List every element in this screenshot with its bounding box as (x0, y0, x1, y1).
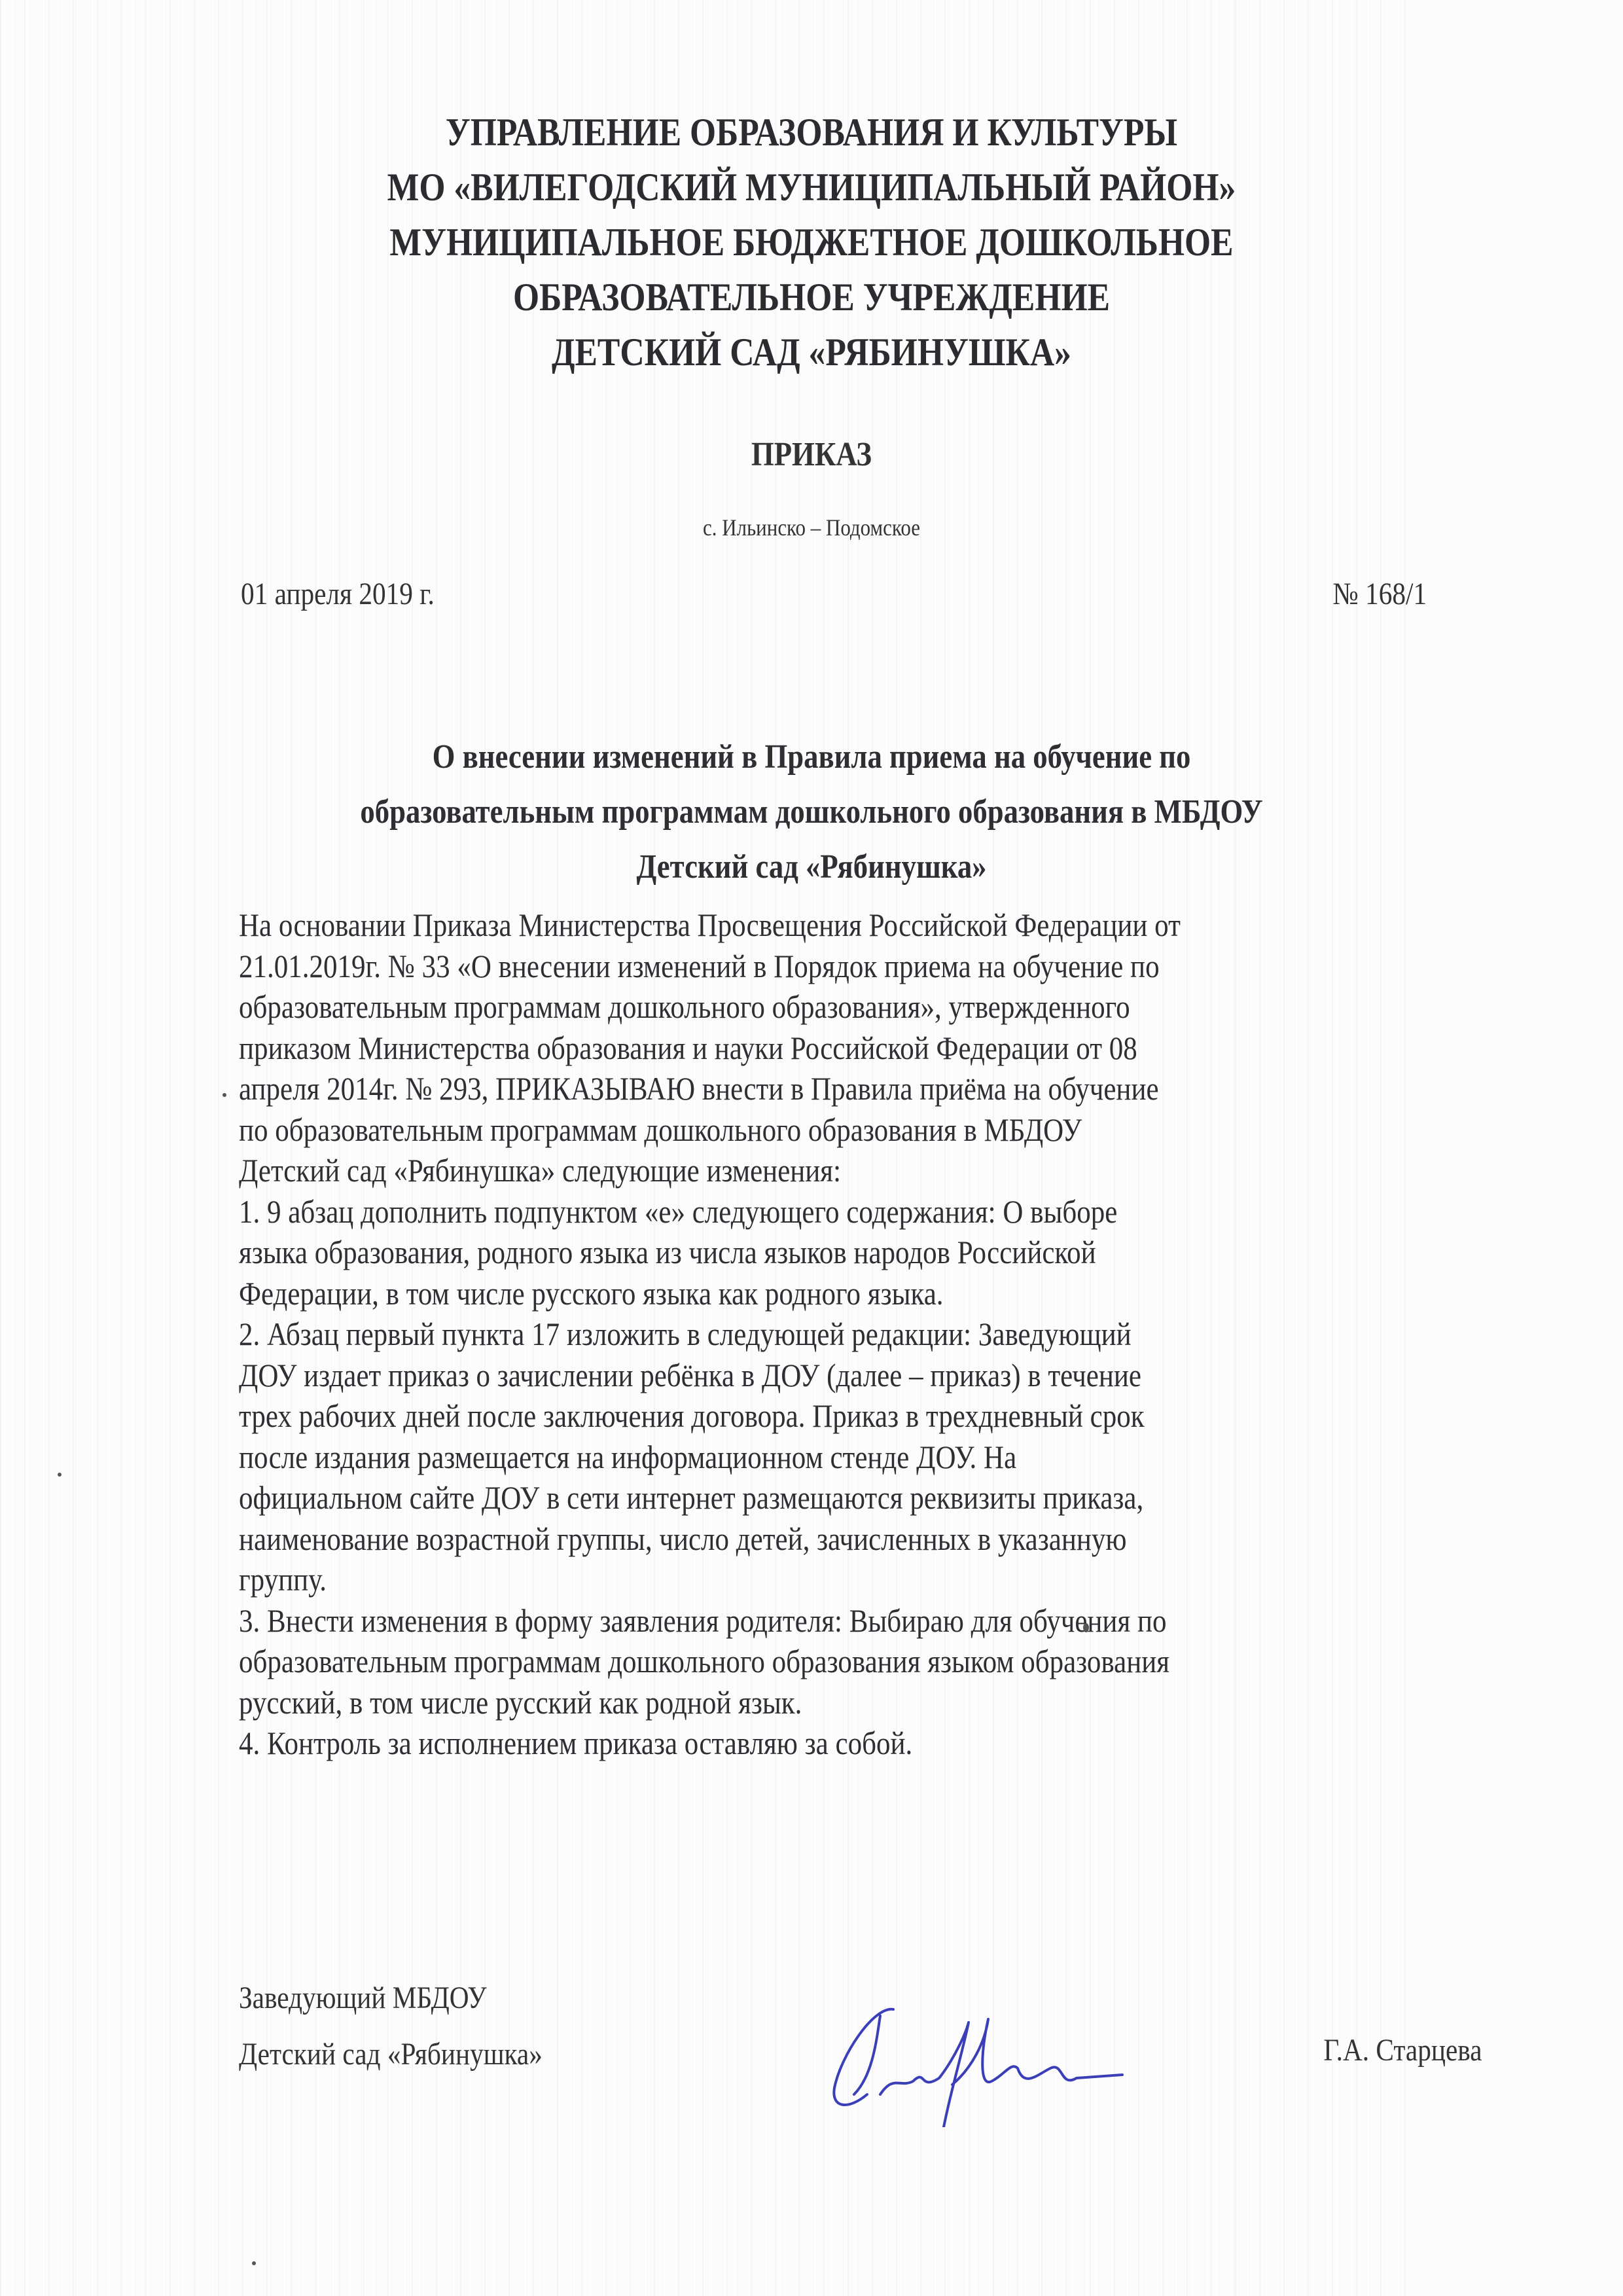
order-body: На основании Приказа Министерства Просве… (239, 905, 1522, 1764)
scan-speck (58, 1473, 62, 1477)
item-2-line: после издания размещается на информацион… (239, 1437, 1342, 1478)
item-3-line: образовательным программам дошкольного о… (239, 1641, 1342, 1682)
body-line: апреля 2014г. № 293, ПРИКАЗЫВАЮ внести в… (239, 1068, 1342, 1109)
scan-speck (1083, 1623, 1089, 1632)
signer-organization: Детский сад «Рябинушка» (239, 2026, 1342, 2083)
institution-header: УПРАВЛЕНИЕ ОБРАЗОВАНИЯ И КУЛЬТУРЫ МО «ВИ… (0, 105, 1623, 380)
subject-line: образовательным программам дошкольного о… (114, 785, 1510, 840)
signer-name: Г.А. Старцева (1324, 2032, 1482, 2068)
item-2-line: 2. Абзац первый пункта 17 изложить в сле… (239, 1314, 1342, 1355)
order-place: с. Ильинско – Подомское (114, 514, 1510, 541)
item-1-line: Федерации, в том числе русского языка ка… (239, 1273, 1342, 1314)
body-line: образовательным программам дошкольного о… (239, 986, 1342, 1028)
item-4-line: 4. Контроль за исполнением приказа остав… (239, 1723, 1342, 1764)
subject-line: Детский сад «Рябинушка» (114, 840, 1510, 895)
scan-speck (223, 1093, 226, 1097)
scan-speck (252, 2261, 256, 2265)
header-line: УПРАВЛЕНИЕ ОБРАЗОВАНИЯ И КУЛЬТУРЫ (114, 105, 1510, 160)
body-line: 21.01.2019г. № 33 «О внесении изменений … (239, 946, 1342, 987)
order-subject: О внесении изменений в Правила приема на… (0, 730, 1623, 895)
order-number: № 168/1 (1332, 576, 1427, 612)
body-line: Детский сад «Рябинушка» следующие измене… (239, 1150, 1342, 1191)
signer-role: Заведующий МБДОУ (239, 1970, 1342, 2026)
header-line: ОБРАЗОВАТЕЛЬНОЕ УЧРЕЖДЕНИЕ (114, 270, 1510, 325)
item-1-line: языка образования, родного языка из числ… (239, 1232, 1342, 1273)
item-1-line: 1. 9 абзац дополнить подпунктом «е» след… (239, 1191, 1342, 1232)
item-2-line: ДОУ издает приказ о зачислении ребёнка в… (239, 1355, 1342, 1396)
item-2-line: группу. (239, 1559, 1342, 1600)
subject-line: О внесении изменений в Правила приема на… (114, 730, 1510, 785)
item-2-line: трех рабочих дней после заключения догов… (239, 1395, 1342, 1437)
header-line: МУНИЦИПАЛЬНОЕ БЮДЖЕТНОЕ ДОШКОЛЬНОЕ (114, 215, 1510, 270)
header-line: ДЕТСКИЙ САД «РЯБИНУШКА» (114, 325, 1510, 380)
item-3-line: русский, в том числе русский как родной … (239, 1682, 1342, 1723)
body-line: приказом Министерства образования и наук… (239, 1028, 1342, 1069)
item-2-line: официальном сайте ДОУ в сети интернет ра… (239, 1477, 1342, 1518)
handwritten-signature-icon (815, 1996, 1129, 2127)
header-line: МО «ВИЛЕГОДСКИЙ МУНИЦИПАЛЬНЫЙ РАЙОН» (114, 160, 1510, 215)
body-line: по образовательным программам дошкольног… (239, 1109, 1342, 1151)
item-2-line: наименование возрастной группы, число де… (239, 1518, 1342, 1560)
order-date: 01 апреля 2019 г. (241, 576, 435, 612)
body-line: На основании Приказа Министерства Просве… (239, 905, 1342, 946)
order-type-title: ПРИКАЗ (114, 435, 1510, 474)
signature-block: Заведующий МБДОУ Детский сад «Рябинушка»… (239, 1970, 1522, 2101)
item-3-line: 3. Внести изменения в форму заявления ро… (239, 1600, 1342, 1641)
